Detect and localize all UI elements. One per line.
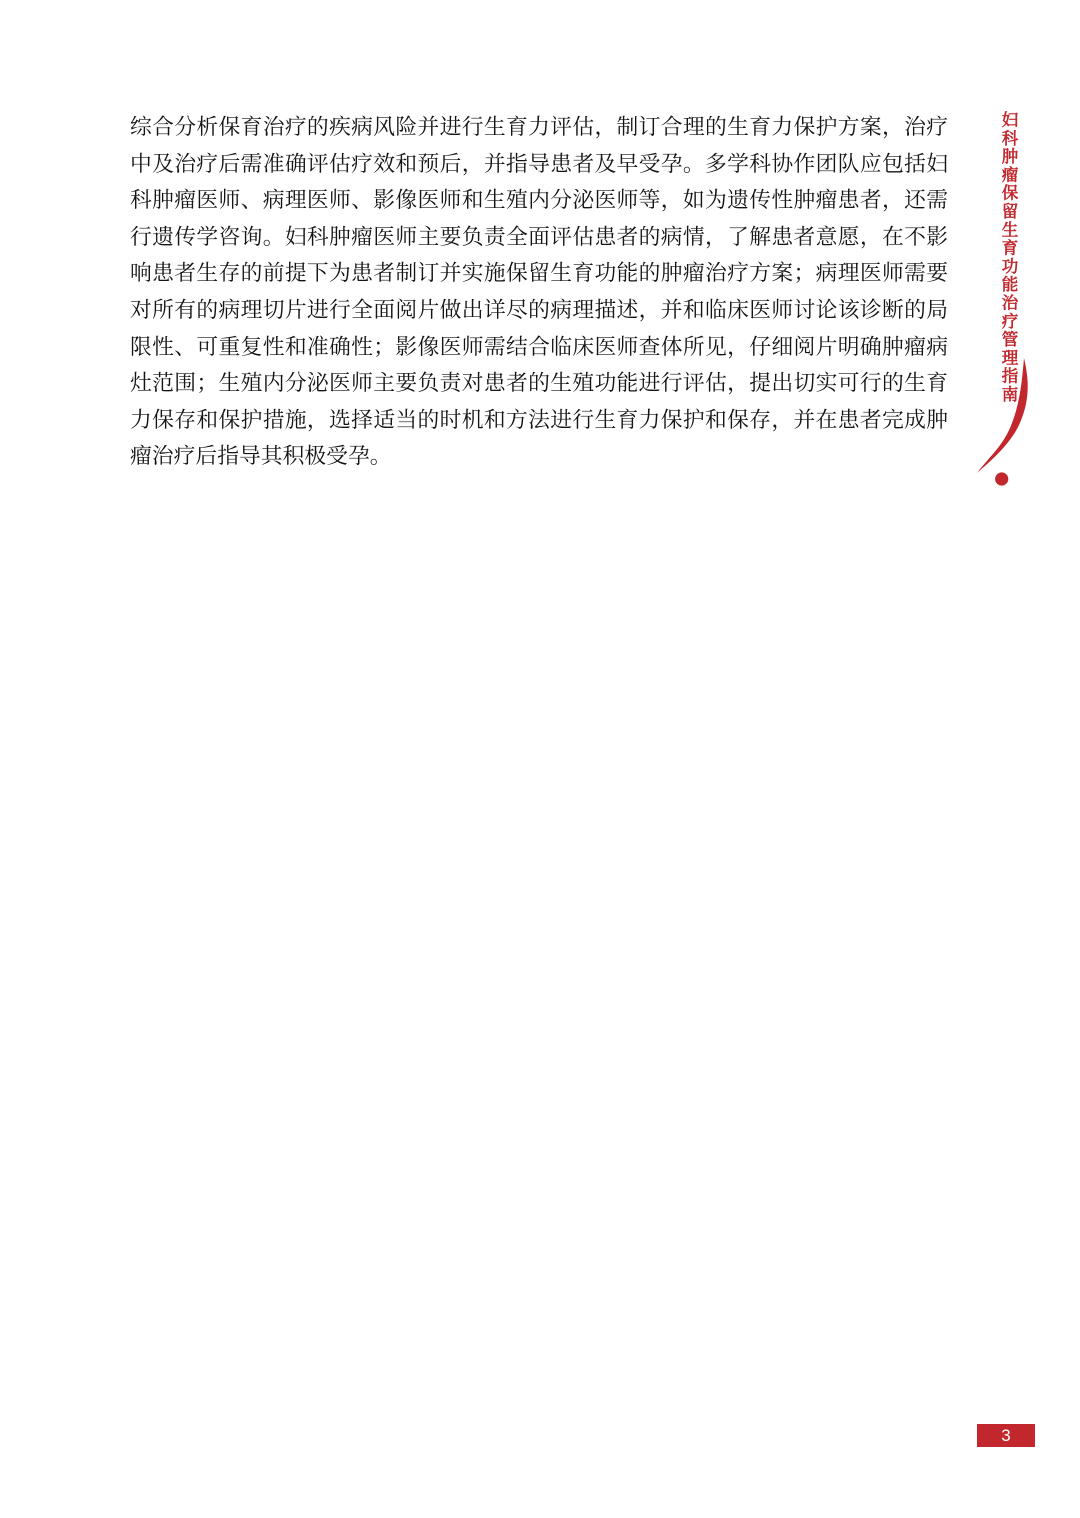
paragraph-line: 力保存和保护措施，选择适当的时机和方法进行生育力保护和保存，并在患者完成肿 xyxy=(130,402,948,439)
page-number-box: 3 xyxy=(977,1424,1035,1447)
paragraph-line: 响患者生存的前提下为患者制订并实施保留生育功能的肿瘤治疗方案；病理医师需要 xyxy=(130,255,948,292)
page-number: 3 xyxy=(1001,1427,1010,1444)
dot-icon xyxy=(995,472,1008,485)
body-paragraph: 综合分析保育治疗的疾病风险并进行生育力评估，制订合理的生育力保护方案，治疗中及治… xyxy=(130,109,948,475)
paragraph-line: 限性、可重复性和准确性；影像医师需结合临床医师查体所见，仔细阅片明确肿瘤病 xyxy=(130,329,948,366)
document-page: 综合分析保育治疗的疾病风险并进行生育力评估，制订合理的生育力保护方案，治疗中及治… xyxy=(0,0,1080,1518)
paragraph-line: 瘤治疗后指导其积极受孕。 xyxy=(130,438,948,475)
paragraph-line: 对所有的病理切片进行全面阅片做出详尽的病理描述，并和临床医师讨论该诊断的局 xyxy=(130,292,948,329)
paragraph-line: 综合分析保育治疗的疾病风险并进行生育力评估，制订合理的生育力保护方案，治疗 xyxy=(130,109,948,146)
paragraph-line: 灶范围；生殖内分泌医师主要负责对患者的生殖功能进行评估，提出切实可行的生育 xyxy=(130,365,948,402)
paragraph-line: 行遗传学咨询。妇科肿瘤医师主要负责全面评估患者的病情，了解患者意愿，在不影 xyxy=(130,219,948,256)
swoosh-curve-icon xyxy=(977,358,1028,473)
paragraph-line: 中及治疗后需准确评估疗效和预后，并指导患者及早受孕。多学科协作团队应包括妇 xyxy=(130,146,948,183)
sidebar-ornament xyxy=(960,345,1060,495)
paragraph-line: 科肿瘤医师、病理医师、影像医师和生殖内分泌医师等，如为遗传性肿瘤患者，还需 xyxy=(130,182,948,219)
